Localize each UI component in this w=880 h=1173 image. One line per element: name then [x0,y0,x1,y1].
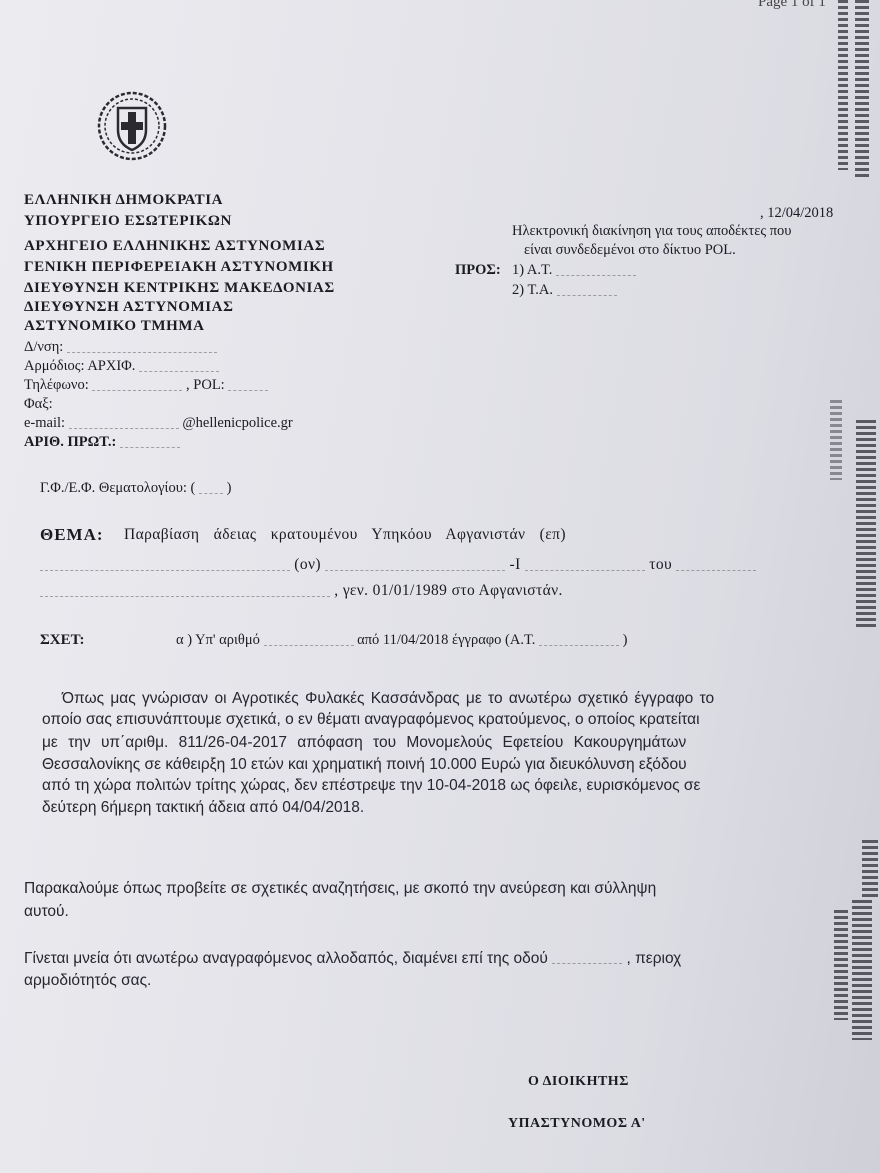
redaction [199,483,223,494]
phone-label: Τηλέφωνο: [24,377,89,393]
reference-text-c: ) [623,632,628,648]
fax-label: Φαξ: [24,396,53,412]
org-line-7: ΑΣΤΥΝΟΜΙΚΟ ΤΜΗΜΑ [24,318,205,335]
hellenic-republic-emblem-icon [96,90,168,162]
redaction [92,380,182,391]
org-line-4: ΓΕΝΙΚΗ ΠΕΡΙΦΕΡΕΙΑΚΗ ΑΣΤΥΝΟΜΙΚΗ [24,259,334,276]
recipient-1: 1) Α.Τ. [512,262,636,279]
redaction [67,342,217,353]
responsible-value: ΑΡΧΙΦ. [87,358,135,374]
phone-field: Τηλέφωνο: , POL: [24,377,268,394]
registry-close: ) [227,480,232,496]
redaction [69,418,179,429]
scan-artifact [856,420,876,630]
body-p3-area: , περιοχ [627,950,682,967]
redaction [552,953,622,964]
registry-label: Γ.Φ./Ε.Φ. Θεματολογίου: ( [40,480,195,496]
subject-line-1: Παραβίαση άδειας κρατουμένου Υπηκόου Αφγ… [124,526,566,544]
fax-field: Φαξ: [24,396,53,413]
recipient-2-text: 2) Τ.Α. [512,282,553,298]
document-page: Page 1 of 1 ΕΛΛΗΝΙΚΗ ΔΗΜΟΚΡΑΤΙΑ ΥΠΟΥΡΓΕΙ… [0,0,880,1173]
division-label: Δ/νση: [24,339,63,355]
redaction [325,560,505,571]
recipient-1-text: 1) Α.Τ. [512,262,552,278]
subject-line-2-b: -Ι [510,556,521,573]
body-p3-line-1: Γίνεται μνεία ότι ανωτέρω αναγραφόμενος … [24,950,681,968]
protocol-field: ΑΡΙΘ. ΠΡΩΤ.: [24,434,180,451]
recipient-2: 2) Τ.Α. [512,282,617,299]
redaction [556,265,636,276]
body-p1-line-3: με την υπ΄αριθμ. 811/26-04-2017 απόφαση … [42,734,686,752]
body-p1-line-6: δεύτερη 6ήμερη τακτική άδεια από 04/04/2… [42,799,364,817]
reference-text-b: από 11/04/2018 έγγραφο (Α.Τ. [357,632,535,648]
redaction [139,361,219,372]
email-field: e-mail: @hellenicpolice.gr [24,415,293,432]
scan-artifact [852,900,872,1040]
page-number: Page 1 of 1 [758,0,826,11]
reference-text-a: α ) Υπ' αριθμό [176,632,260,648]
redaction [676,560,756,571]
redaction [557,285,617,296]
protocol-label: ΑΡΙΘ. ΠΡΩΤ.: [24,434,116,450]
org-line-5: ΔΙΕΥΘΥΝΣΗ ΚΕΝΤΡΙΚΗΣ ΜΑΚΕΔΟΝΙΑΣ [24,280,335,297]
subject-line-3: , γεν. 01/01/1989 στο Αφγανιστάν. [40,582,563,600]
division-field: Δ/νση: [24,339,217,356]
subject-line-2-c: του [649,556,672,573]
body-p2-line-1: Παρακαλούμε όπως προβείτε σε σχετικές αν… [24,880,656,898]
scan-artifact [838,0,848,170]
reference-text: α ) Υπ' αριθμό από 11/04/2018 έγγραφο (Α… [176,632,627,649]
signature-rank: ΥΠΑΣΤΥΝΟΜΟΣ Α' [508,1116,646,1132]
body-p1-line-1: Όπως μας γνώρισαν οι Αγροτικές Φυλακές Κ… [62,690,714,708]
phone-pol: , POL: [186,377,225,393]
responsible-field: Αρμόδιος: ΑΡΧΙΦ. [24,358,219,375]
org-line-2: ΥΠΟΥΡΓΕΙΟ ΕΣΩΤΕΡΙΚΩΝ [24,213,232,230]
to-label: ΠΡΟΣ: [455,262,501,279]
scan-artifact [830,400,842,480]
redaction [264,635,354,646]
reference-label: ΣΧΕΤ: [40,632,85,649]
body-p3-text: Γίνεται μνεία ότι ανωτέρω αναγραφόμενος … [24,950,548,967]
redaction [40,586,330,597]
org-line-3: ΑΡΧΗΓΕΙΟ ΕΛΛΗΝΙΚΗΣ ΑΣΤΥΝΟΜΙΑΣ [24,238,325,255]
body-p2-line-2: αυτού. [24,903,69,921]
redaction [228,380,268,391]
redaction [40,560,290,571]
scan-artifact [834,910,848,1020]
org-line-6: ΔΙΕΥΘΥΝΣΗ ΑΣΤΥΝΟΜΙΑΣ [24,299,234,316]
distribution-line-2: είναι συνδεδεμένοι στο δίκτυο POL. [524,242,736,259]
redaction [525,560,645,571]
redaction [539,635,619,646]
registry-field: Γ.Φ./Ε.Φ. Θεματολογίου: ( ) [40,480,231,497]
subject-label: ΘΕΜΑ: [40,525,104,545]
body-p1-line-5: από τη χώρα πολιτών τρίτης χώρας, δεν επ… [42,777,700,795]
subject-line-3-text: , γεν. 01/01/1989 στο Αφγανιστάν. [334,582,563,599]
email-label: e-mail: [24,415,65,431]
body-p1-line-2: οποίο σας επισυνάπτουμε σχετικά, ο εν θέ… [42,711,700,729]
body-p3-line-2: αρμοδιότητός σας. [24,972,151,990]
org-line-1: ΕΛΛΗΝΙΚΗ ΔΗΜΟΚΡΑΤΙΑ [24,192,223,209]
redaction [120,437,180,448]
email-domain: @hellenicpolice.gr [182,415,292,431]
scan-artifact [862,840,878,900]
subject-line-2: (ον) -Ι του [40,556,848,574]
distribution-line-1: Ηλεκτρονική διακίνηση για τους αποδέκτες… [512,223,791,240]
document-date: , 12/04/2018 [760,205,833,222]
subject-line-2-a: (ον) [294,556,321,573]
body-p1-line-4: Θεσσαλονίκης σε κάθειρξη 10 ετών και χρη… [42,756,687,774]
signature-title: Ο ΔΙΟΙΚΗΤΗΣ [528,1074,629,1090]
scan-artifact [855,0,869,180]
responsible-label: Αρμόδιος: [24,358,85,374]
